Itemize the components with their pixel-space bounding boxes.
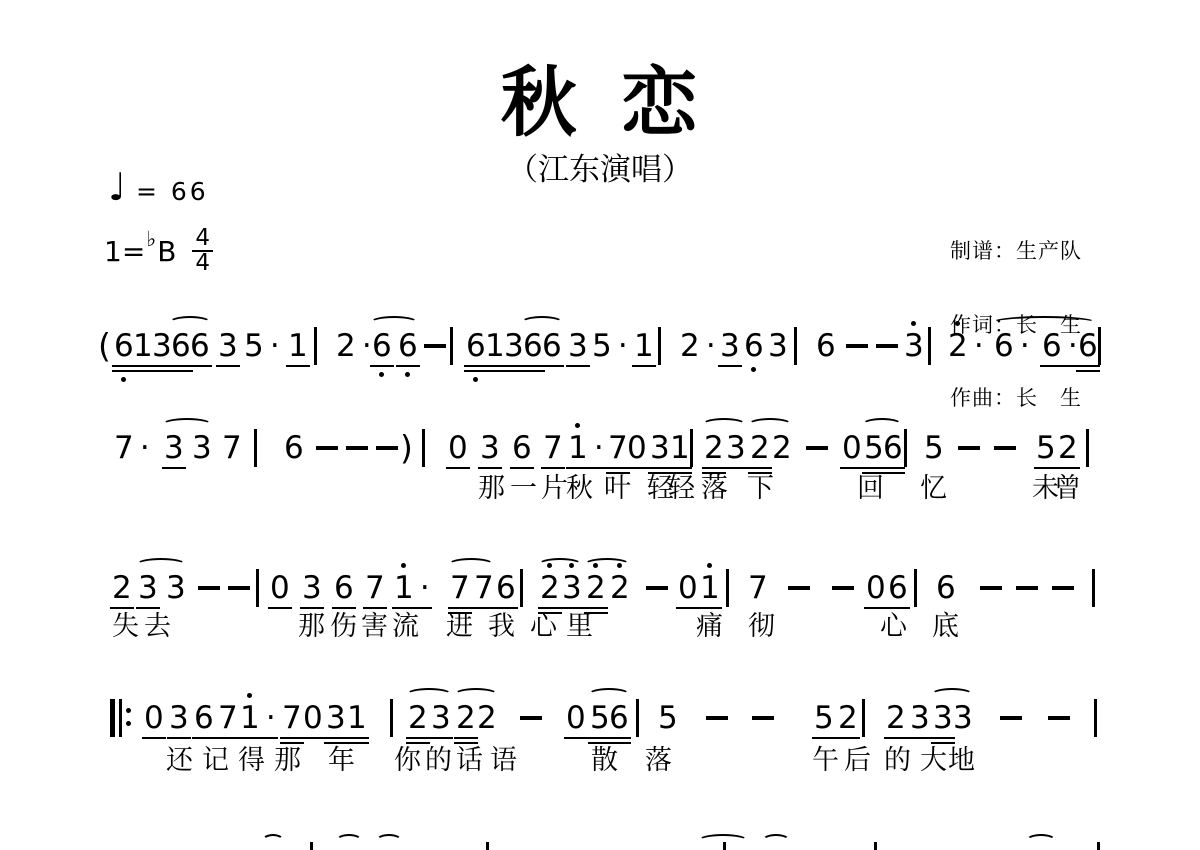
beam-underline [625,467,649,470]
lyric-char: 得 [238,746,265,776]
lyric-char: 你 [394,746,421,776]
octave-dot-low [379,372,384,377]
note-token: 5 [658,702,678,734]
tie-arc [136,558,186,571]
barline [862,699,865,737]
beam-underline [406,742,430,745]
lyric-char: 曾 [1054,474,1081,504]
beam-underline [478,467,502,470]
dash-extender [316,446,338,450]
tie-arc [862,418,902,431]
note-token: 3 [650,432,670,464]
beam-underline [238,737,278,740]
tie-arc [370,316,418,329]
note-token: 3 [768,330,788,362]
beam-underline [406,737,430,740]
note-token: 6 [284,432,304,464]
dash-extender [1016,586,1038,590]
dash-extender [228,586,250,590]
barline-partial [486,842,489,850]
tie-arc [748,418,792,431]
note-token: 6 [398,330,418,362]
dash-extender [346,446,368,450]
lyric-char: 那 [298,612,325,642]
tie-arc [702,418,746,431]
beam-underline [446,467,470,470]
tie-arc [454,688,498,701]
tie-arc [992,316,1096,329]
beam-underline [162,467,186,470]
dash-extender [832,586,854,590]
beam-underline [1076,365,1100,368]
note-token: 3 [192,432,212,464]
lyric-char: 我 [488,612,515,642]
note-token: 6 · [1042,330,1078,362]
note-token: 3 [326,702,346,734]
note-token: 1 · [240,702,276,734]
octave-dot-low [751,367,756,372]
dash-extender [646,586,668,590]
beam-underline [332,607,356,610]
dash-extender [376,446,398,450]
octave-dot-low [121,377,126,382]
beam-underline [668,467,692,470]
tie-arc [588,688,630,701]
note-token: 3 [568,330,588,362]
note-token: 3 [726,432,746,464]
lyric-char: 那 [478,474,505,504]
note-token: 2 · [680,330,716,362]
barline [450,327,453,365]
barline [520,569,523,607]
octave-dot-high [955,321,960,326]
note-token: 6 [883,432,903,464]
note-token: 3 [720,330,740,362]
beam-underline [216,737,240,740]
note-token: 2 [586,572,606,604]
note-token: 0 [678,572,698,604]
note-token: 3 [910,702,930,734]
tie-arc [1026,834,1056,847]
note-token: 6 [888,572,908,604]
beam-underline [363,607,387,610]
note-token: 0 [303,702,323,734]
beam-underline [510,467,534,470]
beam-underline [521,370,545,373]
beam-underline [698,607,722,610]
repeat-dot [126,708,131,713]
beam-underline [286,365,310,368]
beam-underline [268,607,292,610]
beam-underline [607,742,631,745]
dash-extender [1052,586,1074,590]
lyric-char: 片 [541,474,568,504]
note-token: 5 [864,432,884,464]
beam-underline [702,467,726,470]
lyric-char: 彻 [748,612,775,642]
octave-dot-high [401,563,406,568]
dash-extender [876,344,898,348]
note-token: 1 · [394,572,430,604]
beam-underline [540,365,564,368]
tie-arc [448,558,494,571]
lyric-char: 里 [566,612,593,642]
note-token: 1 [288,330,308,362]
note-token: 6 [542,330,562,362]
barline-partial [874,842,877,850]
note-token: 2 [408,702,428,734]
repeat-dot [126,721,131,726]
barline [1094,699,1097,737]
note-token: 6 [194,702,214,734]
note-token: 6 [936,572,956,604]
barline [422,429,425,467]
note-token: 5 · [592,330,628,362]
beam-underline [931,742,955,745]
barline-partial [723,842,726,850]
dash-extender [752,716,774,720]
beam-underline [908,737,932,740]
beam-underline [345,742,369,745]
lyric-char: 害 [361,612,388,642]
music-symbol: ) [400,432,413,464]
note-token: 1 [700,572,720,604]
tie-arc [762,834,790,847]
tie-arc [584,558,630,571]
beam-underline [864,607,888,610]
note-token: 7 [474,572,494,604]
note-token: 0 [866,572,886,604]
beam-underline [724,467,748,470]
note-token: 2 [886,702,906,734]
note-token: 6 [190,330,210,362]
lyric-char: 秋 [566,474,593,504]
barline [254,429,257,467]
lyric-char: 底 [932,612,959,642]
beam-underline [192,737,216,740]
dash-extender [958,446,980,450]
beam-underline [301,737,325,740]
repeat-start-sign [110,699,134,737]
beam-underline [300,607,324,610]
beam-underline [632,365,656,368]
note-token: 6 [466,330,486,362]
octave-dot-high [575,423,580,428]
note-token: 6 [372,330,392,362]
lyric-char: 语 [490,746,517,776]
note-token: 5 [814,702,834,734]
lyric-char: 忆 [920,474,947,504]
note-token: 6 [114,330,134,362]
lyric-char: 记 [202,746,229,776]
note-token: 0 [842,432,862,464]
barline [314,327,317,365]
lyric-char: 叶 [604,474,631,504]
repeat-dots [126,699,132,737]
beam-underline [188,365,212,368]
octave-dot-high [707,563,712,568]
note-token: 1 [133,330,153,362]
lyric-char: 的 [884,746,911,776]
lyric-char: 还 [166,746,193,776]
note-token: 2 [610,572,630,604]
dash-extender [980,586,1002,590]
beam-underline [167,737,191,740]
beam-underline [1056,467,1080,470]
beam-underline [584,607,608,610]
barline [1098,327,1101,365]
note-token: 7 · [114,432,150,464]
note-token: 7 [218,702,238,734]
beam-underline [1040,365,1080,368]
beam-underline [448,607,472,610]
note-token: 2 [456,702,476,734]
tie-arc [521,316,563,329]
note-token: 3 [166,572,186,604]
lyric-char: 进 [446,612,473,642]
tie-arc [336,834,362,847]
beam-underline [564,737,588,740]
lyric-char: 回 [857,474,884,504]
octave-dot-low [473,377,478,382]
tie-arc [538,558,582,571]
beam-underline [840,467,864,470]
beam-underline [396,365,420,368]
beam-underline [566,365,590,368]
barline [1086,429,1089,467]
lyric-char: 大 [920,746,947,776]
note-token: 0 [448,432,468,464]
dash-extender [806,446,828,450]
beam-underline [110,607,134,610]
note-token: 5 [924,432,944,464]
beam-underline [280,742,304,745]
barline [794,327,797,365]
note-token: 2 · [336,330,372,362]
note-token: 7 [365,572,385,604]
barline [928,327,931,365]
octave-dot-high [247,693,252,698]
note-token: 3 [302,572,322,604]
beam-underline [216,365,240,368]
barline [690,429,693,467]
dash-extender [706,716,728,720]
beam-underline [472,607,496,610]
note-token: 7 [748,572,768,604]
beam-underline [454,742,478,745]
note-token: 3 [904,330,924,362]
note-token: 7 [543,432,563,464]
beam-underline [392,607,432,610]
beam-underline [538,607,562,610]
barline [726,569,729,607]
note-token: 6 [816,330,836,362]
note-token: 1 [670,432,690,464]
lyric-char: 流 [392,612,419,642]
note-token: 0 [144,702,164,734]
note-token: 6 [523,330,543,362]
barline-partial [310,842,313,850]
barline [390,699,393,737]
note-token: 2 [704,432,724,464]
lyric-char: 下 [747,474,774,504]
note-token: 2 [1058,432,1078,464]
lyric-char: 轻 [668,474,695,504]
note-token: 3 [431,702,451,734]
note-token: 7 [222,432,242,464]
beam-underline [881,472,905,475]
note-token: 2 [540,572,560,604]
tie-arc [169,316,211,329]
octave-dot-high [911,321,916,326]
note-token: 6 [744,330,764,362]
lyric-char: 心 [530,612,557,642]
note-token: 5 [1036,432,1056,464]
note-token: 6 [609,702,629,734]
note-token: 3 [169,702,189,734]
note-token: 1 [347,702,367,734]
dash-extender [1000,716,1022,720]
tie-arc [162,418,212,431]
beam-underline [370,365,394,368]
note-token: 0 [627,432,647,464]
tie-arc [376,834,402,847]
beam-underline [560,607,584,610]
beam-underline [931,737,955,740]
note-token: 3 [218,330,238,362]
beam-underline [429,737,453,740]
note-token: 1 [485,330,505,362]
dash-extender [1048,716,1070,720]
note-token: 3 [480,432,500,464]
repeat-thick-bar [110,699,115,737]
tie-arc [406,688,452,701]
note-token: 6 [496,572,516,604]
note-token: 3 [164,432,184,464]
dash-extender [846,344,868,348]
beam-underline [884,737,908,740]
lyric-char: 后 [844,746,871,776]
note-token: 2 [750,432,770,464]
dash-extender [198,586,220,590]
note-token: 6 [334,572,354,604]
lyric-char: 话 [456,746,483,776]
beam-underline [494,607,518,610]
beam-underline [748,467,772,470]
note-token: 5 [590,702,610,734]
beam-underline [886,607,910,610]
dash-extender [520,716,542,720]
barline [914,569,917,607]
lyric-char: 散 [591,746,618,776]
score: (6136635 ·12 ·666136635 ·12 ·363632 ·6 ·… [0,0,1200,850]
note-token: 0 [270,572,290,604]
lyric-char: 心 [880,612,907,642]
dash-extender [788,586,810,590]
lyric-char: 痛 [696,612,723,642]
beam-underline [136,607,160,610]
note-token: 0 [566,702,586,734]
beam-underline [454,737,478,740]
barline [904,429,907,467]
note-token: 2 [477,702,497,734]
lyric-char: 伤 [330,612,357,642]
barline-partial [1097,842,1100,850]
beam-underline [881,467,905,470]
note-token: 5 · [244,330,280,362]
note-token: 1 · [568,432,604,464]
beam-underline [836,737,860,740]
note-token: 7 [608,432,628,464]
barline [636,699,639,737]
note-token: 3 [953,702,973,734]
lyric-char: 一 [510,474,537,504]
dash-extender [994,446,1016,450]
note-token: 3 [562,572,582,604]
tie-arc [931,688,973,701]
note-token: 3 [152,330,172,362]
note-token: 6 [512,432,532,464]
note-token: 7 [450,572,470,604]
barline [658,327,661,365]
beam-underline [718,365,742,368]
beam-underline [142,737,166,740]
note-token: 6 [171,330,191,362]
beam-underline [812,737,836,740]
octave-dot-low [405,372,410,377]
lyric-char: 年 [328,746,355,776]
barline [1092,569,1095,607]
beam-underline [676,607,700,610]
note-token: 3 [933,702,953,734]
beam-underline [566,467,606,470]
beam-underline [1076,370,1100,373]
barline [256,569,259,607]
beam-underline [169,370,193,373]
lyric-char: 的 [425,746,452,776]
note-token: 2 [838,702,858,734]
beam-underline [607,737,631,740]
note-token: 6 [1078,330,1098,362]
lyric-char: 午 [812,746,839,776]
note-token: 2 [772,432,792,464]
beam-underline [1034,467,1058,470]
note-token: 6 · [994,330,1030,362]
note-token: 2 [112,572,132,604]
repeat-thin-bar [119,699,122,737]
music-symbol: ( [98,330,111,362]
note-token: 1 [634,330,654,362]
lyric-char: 那 [274,746,301,776]
beam-underline [345,737,369,740]
lyric-char: 去 [144,612,171,642]
sheet-music-page: 秋 恋 （江东演唱） ♩ = 66 1= ♭ B 4 4 制谱：生产队 作词：长… [0,0,1200,850]
note-token: 3 [138,572,158,604]
lyric-char: 地 [948,746,975,776]
lyric-char: 失 [112,612,139,642]
dash-extender [424,344,446,348]
note-token: 7 [282,702,302,734]
lyric-char: 落 [701,474,728,504]
note-token: 2 · [948,330,984,362]
lyric-char: 落 [645,746,672,776]
beam-underline [541,467,565,470]
note-token: 3 [504,330,524,362]
tie-arc [262,834,284,847]
